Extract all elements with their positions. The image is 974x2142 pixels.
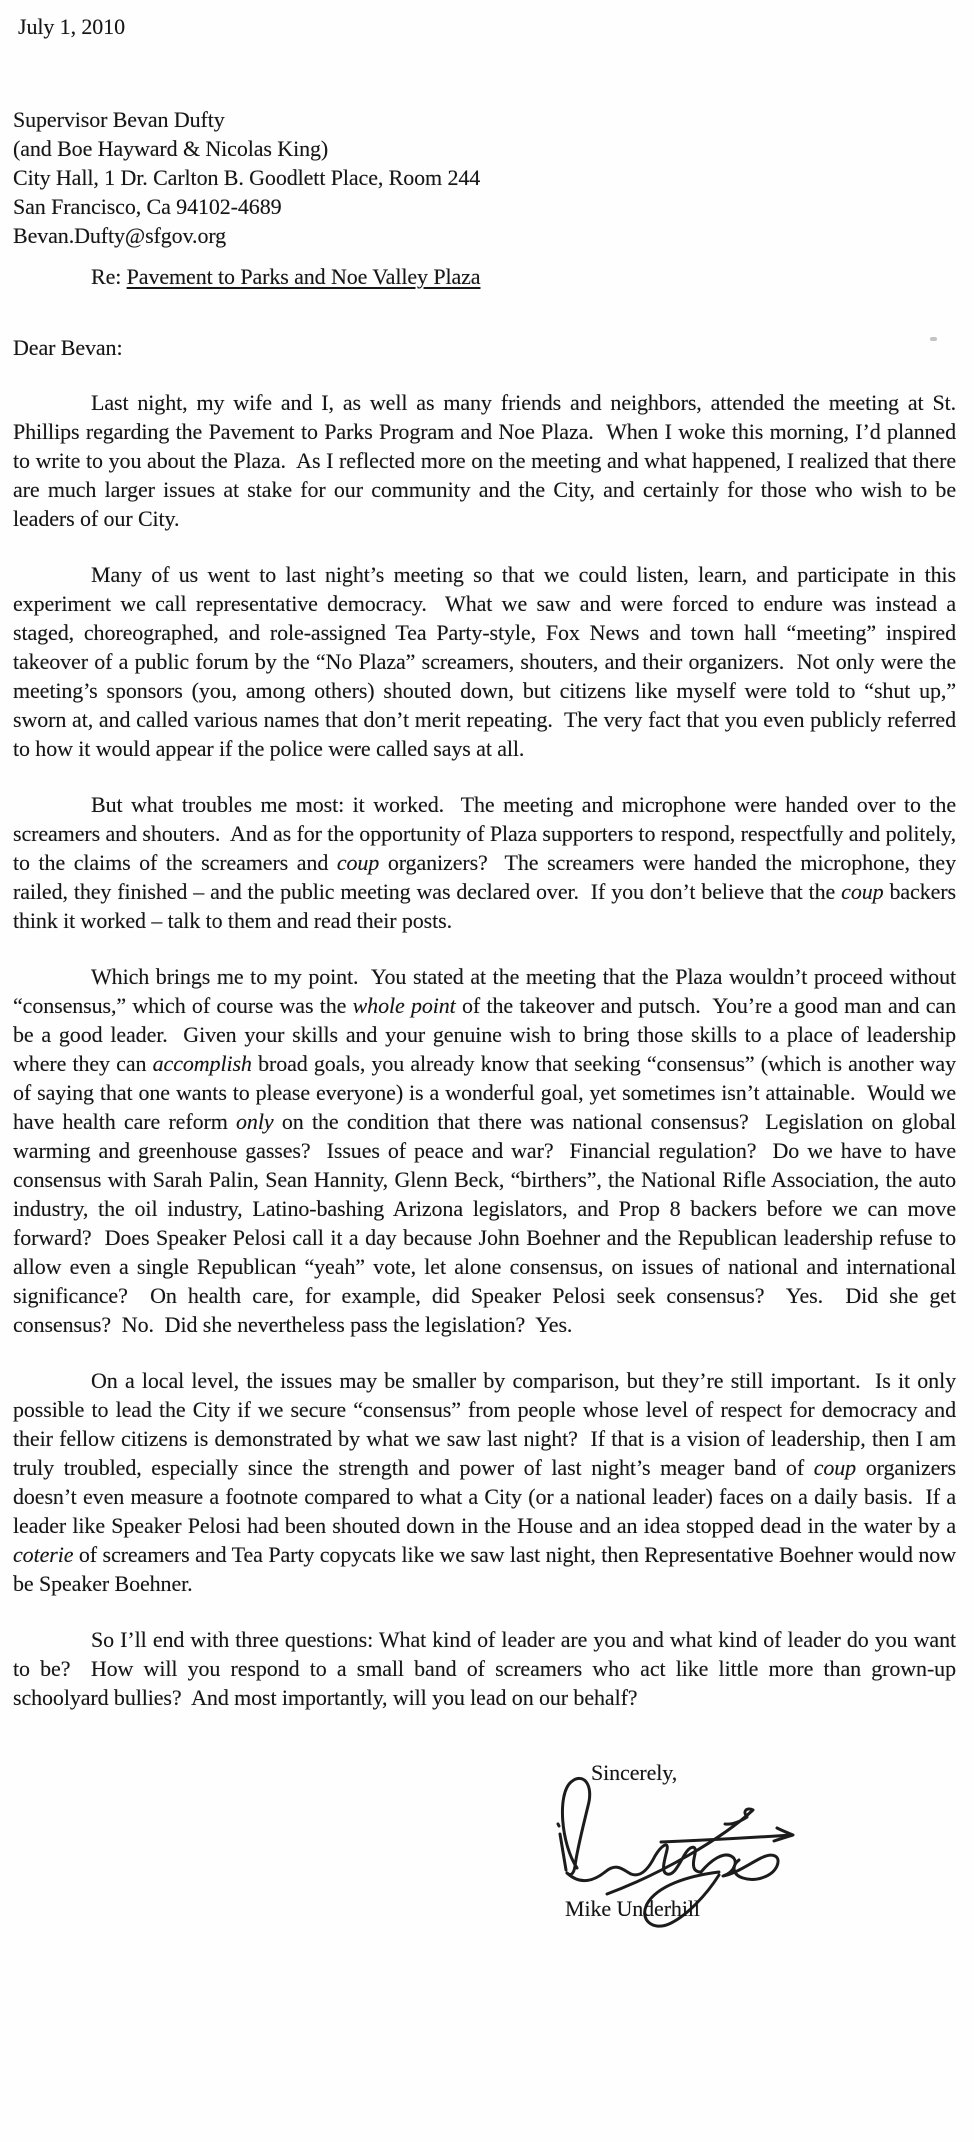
recipient-email: Bevan.Dufty@sfgov.org (13, 221, 956, 250)
letter-paragraphs: Last night, my wife and I, as well as ma… (13, 388, 956, 1712)
recipient-street-line: City Hall, 1 Dr. Carlton B. Goodlett Pla… (13, 163, 956, 192)
letter-paragraph: Last night, my wife and I, as well as ma… (13, 388, 956, 533)
recipient-name-line: Supervisor Bevan Dufty (13, 105, 956, 134)
letter-content: July 1, 2010 Supervisor Bevan Dufty (and… (0, 0, 974, 1946)
re-label: Re: (91, 264, 127, 289)
letter-paragraph: Many of us went to last night’s meeting … (13, 560, 956, 763)
letter-paragraph: So I’ll end with three questions: What k… (13, 1625, 956, 1712)
letter-date: July 1, 2010 (18, 12, 956, 41)
recipient-aides-line: (and Boe Hayward & Nicolas King) (13, 134, 956, 163)
scan-artifact-mark (930, 337, 937, 341)
recipient-city-line: San Francisco, Ca 94102-4689 (13, 192, 956, 221)
letter-paragraph: But what troubles me most: it worked. Th… (13, 790, 956, 935)
subject-line: Re: Pavement to Parks and Noe Valley Pla… (91, 262, 956, 291)
letter-paragraph: Which brings me to my point. You stated … (13, 962, 956, 1339)
letter-paragraph: On a local level, the issues may be smal… (13, 1366, 956, 1598)
re-subject: Pavement to Parks and Noe Valley Plaza (127, 264, 481, 289)
signature-name: Mike Underhill (565, 1894, 700, 1923)
salutation: Dear Bevan: (13, 333, 956, 362)
letter-page: July 1, 2010 Supervisor Bevan Dufty (and… (0, 0, 974, 2142)
closing-block: Sincerely, Mike Underhill (13, 1746, 956, 1946)
recipient-address-block: Supervisor Bevan Dufty (and Boe Hayward … (13, 105, 956, 250)
